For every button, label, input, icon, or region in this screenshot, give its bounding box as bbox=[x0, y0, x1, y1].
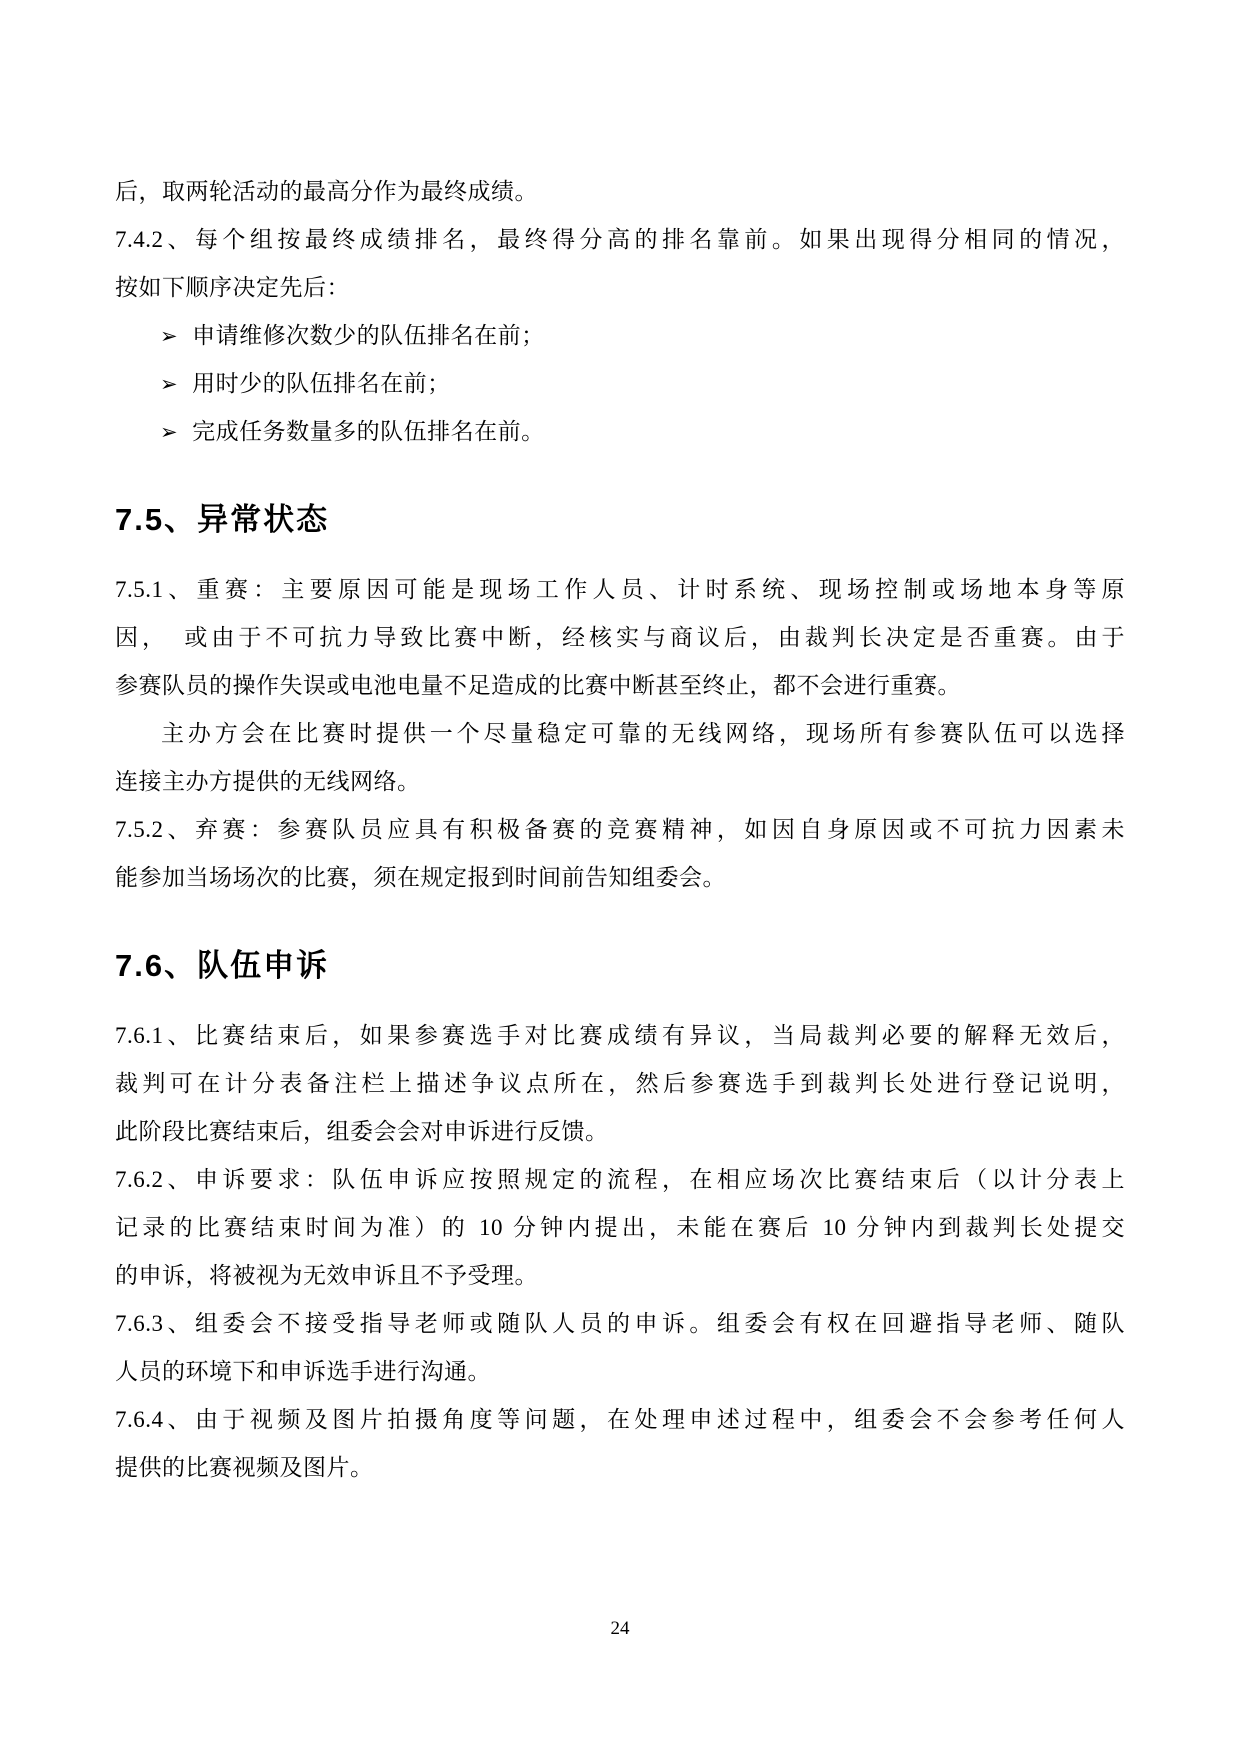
text-line: 的申诉，将被视为无效申诉且不予受理。 bbox=[115, 1252, 1125, 1300]
page-footer: 24 bbox=[115, 1618, 1125, 1640]
paragraph: 7.6.3、组委会不接受指导老师或随队人员的申诉。组委会有权在回避指导老师、随队… bbox=[115, 1300, 1125, 1396]
bullet-item: ➢完成任务数量多的队伍排名在前。 bbox=[115, 408, 1125, 456]
text-line: 7.6.4、由于视频及图片拍摄角度等问题，在处理申述过程中，组委会不会参考任何人 bbox=[115, 1396, 1125, 1444]
text-line: 后，取两轮活动的最高分作为最终成绩。 bbox=[115, 168, 1125, 216]
text-line: 按如下顺序决定先后： bbox=[115, 264, 1125, 312]
document-page: 后，取两轮活动的最高分作为最终成绩。7.4.2、每个组按最终成绩排名，最终得分高… bbox=[0, 0, 1240, 1755]
bullet-text: 完成任务数量多的队伍排名在前。 bbox=[192, 408, 545, 456]
paragraph: 7.5.1、重赛：主要原因可能是现场工作人员、计时系统、现场控制或场地本身等原因… bbox=[115, 566, 1125, 710]
text-line: 提供的比赛视频及图片。 bbox=[115, 1444, 1125, 1492]
page-number: 24 bbox=[611, 1618, 630, 1639]
bullet-text: 申请维修次数少的队伍排名在前； bbox=[192, 312, 545, 360]
text-line: 能参加当场场次的比赛，须在规定报到时间前告知组委会。 bbox=[115, 854, 1125, 902]
paragraph: 后，取两轮活动的最高分作为最终成绩。 bbox=[115, 168, 1125, 216]
bullet-text: 用时少的队伍排名在前； bbox=[192, 360, 451, 408]
paragraph: 7.5.2、弃赛：参赛队员应具有积极备赛的竞赛精神，如因自身原因或不可抗力因素未… bbox=[115, 806, 1125, 902]
paragraph: 主办方会在比赛时提供一个尽量稳定可靠的无线网络，现场所有参赛队伍可以选择连接主办… bbox=[115, 710, 1125, 806]
paragraph: 7.4.2、每个组按最终成绩排名，最终得分高的排名靠前。如果出现得分相同的情况，… bbox=[115, 216, 1125, 312]
text-line: 7.5.1、重赛：主要原因可能是现场工作人员、计时系统、现场控制或场地本身等原 bbox=[115, 566, 1125, 614]
paragraph: 7.6.2、申诉要求：队伍申诉应按照规定的流程，在相应场次比赛结束后（以计分表上… bbox=[115, 1156, 1125, 1300]
text-line: 因， 或由于不可抗力导致比赛中断，经核实与商议后，由裁判长决定是否重赛。由于 bbox=[115, 614, 1125, 662]
section-heading: 7.6、队伍申诉 bbox=[115, 944, 1125, 988]
text-line: 裁判可在计分表备注栏上描述争议点所在，然后参赛选手到裁判长处进行登记说明， bbox=[115, 1060, 1125, 1108]
text-line: 7.6.3、组委会不接受指导老师或随队人员的申诉。组委会有权在回避指导老师、随队 bbox=[115, 1300, 1125, 1348]
text-line: 记录的比赛结束时间为准）的 10 分钟内提出，未能在赛后 10 分钟内到裁判长处… bbox=[115, 1204, 1125, 1252]
document-content: 后，取两轮活动的最高分作为最终成绩。7.4.2、每个组按最终成绩排名，最终得分高… bbox=[115, 168, 1125, 1492]
text-line: 此阶段比赛结束后，组委会会对申诉进行反馈。 bbox=[115, 1108, 1125, 1156]
text-line: 7.6.2、申诉要求：队伍申诉应按照规定的流程，在相应场次比赛结束后（以计分表上 bbox=[115, 1156, 1125, 1204]
text-line: 连接主办方提供的无线网络。 bbox=[115, 758, 1125, 806]
arrow-bullet-icon: ➢ bbox=[160, 408, 178, 456]
bullet-item: ➢用时少的队伍排名在前； bbox=[115, 360, 1125, 408]
section-heading: 7.5、异常状态 bbox=[115, 498, 1125, 542]
text-line: 7.5.2、弃赛：参赛队员应具有积极备赛的竞赛精神，如因自身原因或不可抗力因素未 bbox=[115, 806, 1125, 854]
text-line: 主办方会在比赛时提供一个尽量稳定可靠的无线网络，现场所有参赛队伍可以选择 bbox=[115, 710, 1125, 758]
text-line: 人员的环境下和申诉选手进行沟通。 bbox=[115, 1348, 1125, 1396]
text-line: 7.4.2、每个组按最终成绩排名，最终得分高的排名靠前。如果出现得分相同的情况， bbox=[115, 216, 1125, 264]
text-line: 参赛队员的操作失误或电池电量不足造成的比赛中断甚至终止，都不会进行重赛。 bbox=[115, 662, 1125, 710]
arrow-bullet-icon: ➢ bbox=[160, 312, 178, 360]
paragraph: 7.6.1、比赛结束后，如果参赛选手对比赛成绩有异议，当局裁判必要的解释无效后，… bbox=[115, 1012, 1125, 1156]
text-line: 7.6.1、比赛结束后，如果参赛选手对比赛成绩有异议，当局裁判必要的解释无效后， bbox=[115, 1012, 1125, 1060]
paragraph: 7.6.4、由于视频及图片拍摄角度等问题，在处理申述过程中，组委会不会参考任何人… bbox=[115, 1396, 1125, 1492]
bullet-item: ➢申请维修次数少的队伍排名在前； bbox=[115, 312, 1125, 360]
arrow-bullet-icon: ➢ bbox=[160, 360, 178, 408]
